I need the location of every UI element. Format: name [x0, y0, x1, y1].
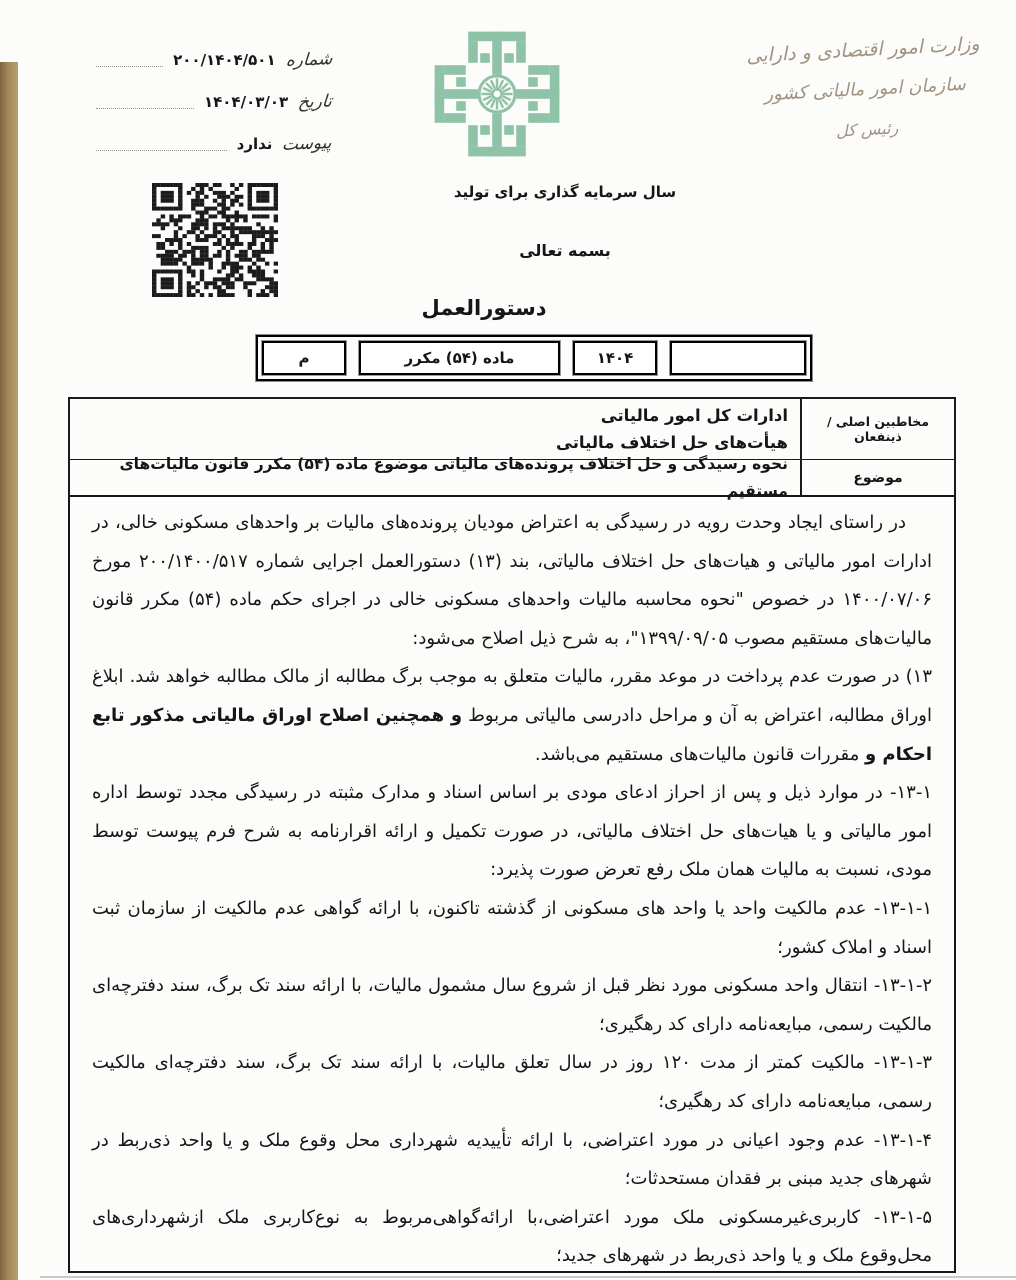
- scanned-directive-page: شماره ۲۰۰/۱۴۰۴/۵۰۱ تاریخ ۱۴۰۴/۰۳/۰۳ پیوس…: [0, 0, 1016, 1280]
- clause-13-1-1-item: ۱۳-۱-۱- عدم مالکیت واحد یا واحد های مسکو…: [92, 890, 932, 967]
- clause-13-1-paragraph: ۱۳-۱- در موارد ذیل و پس از احراز ادعای م…: [92, 774, 932, 890]
- clause-13-1-5-item: ۱۳-۱-۵- کاربری‌غیرمسکونی ملک مورد اعتراض…: [92, 1199, 932, 1273]
- document-title: دستورالعمل: [384, 296, 584, 320]
- production-slogan: سال سرمایه گذاری برای تولید: [420, 183, 710, 201]
- ref-date-value: ۱۴۰۴/۰۳/۰۳: [204, 93, 288, 111]
- ministry-calligraphy: وزارت امور اقتصادی و دارایی سازمان امور …: [723, 23, 1007, 157]
- ref-number-row: شماره ۲۰۰/۱۴۰۴/۵۰۱: [96, 44, 332, 75]
- intro-paragraph: در راستای ایجاد وحدت رویه در رسیدگی به ا…: [92, 504, 932, 658]
- scan-edge-strip: [0, 62, 18, 1280]
- clause-13-paragraph: ۱۳) در صورت عدم پرداخت در موعد مقرر، مال…: [92, 658, 932, 774]
- code-box-empty: [670, 341, 806, 375]
- clause-13-tail-text: مقررات قانون مالیات‌های مستقیم می‌باشد.: [535, 744, 865, 765]
- ref-number-label: شماره: [285, 49, 333, 71]
- meta-table: مخاطبین اصلی / ذینفعان ادارات کل امور ما…: [68, 397, 956, 497]
- dotted-line: [96, 149, 227, 151]
- subject-content-cell: نحوه رسیدگی و حل اختلاف پرونده‌های مالیا…: [70, 459, 800, 495]
- audience-line-1: ادارات کل امور مالیاتی: [76, 402, 788, 429]
- ref-date-label: تاریخ: [297, 91, 332, 112]
- clause-13-1-2-item: ۱۳-۱-۲- انتقال واحد مسکونی مورد نظر قبل …: [92, 967, 932, 1044]
- clause-13-1-3-item: ۱۳-۱-۳- مالکیت کمتر از مدت ۱۲۰ روز در سا…: [92, 1044, 932, 1121]
- qr-code: [152, 183, 278, 297]
- subject-label-cell: موضوع: [800, 459, 954, 495]
- ref-attachment-value: ندارد: [237, 135, 273, 153]
- audience-label-cell: مخاطبین اصلی / ذینفعان: [800, 399, 954, 459]
- dotted-line: [96, 65, 163, 67]
- body-box: در راستای ایجاد وحدت رویه در رسیدگی به ا…: [68, 495, 956, 1273]
- ref-attachment-label: پیوست: [282, 133, 333, 155]
- scan-bottom-shadow: [40, 1276, 1016, 1278]
- bismillah-text: بسمه تعالی: [420, 241, 710, 260]
- tax-administration-logo-icon: [421, 22, 573, 166]
- clause-13-1-4-item: ۱۳-۱-۴- عدم وجود اعیانی در مورد اعتراضی،…: [92, 1122, 932, 1199]
- reference-block: شماره ۲۰۰/۱۴۰۴/۵۰۱ تاریخ ۱۴۰۴/۰۳/۰۳ پیوس…: [96, 44, 332, 170]
- code-box-row: ۱۴۰۴ ماده (۵۴) مکرر م: [256, 335, 812, 381]
- dotted-line: [96, 107, 194, 109]
- ref-number-value: ۲۰۰/۱۴۰۴/۵۰۱: [173, 51, 276, 69]
- code-box-article: ماده (۵۴) مکرر: [359, 341, 560, 375]
- ref-attachment-row: پیوست ندارد: [96, 128, 332, 159]
- ref-date-row: تاریخ ۱۴۰۴/۰۳/۰۳: [96, 86, 332, 117]
- code-box-type: م: [262, 341, 346, 375]
- code-box-year: ۱۴۰۴: [573, 341, 657, 375]
